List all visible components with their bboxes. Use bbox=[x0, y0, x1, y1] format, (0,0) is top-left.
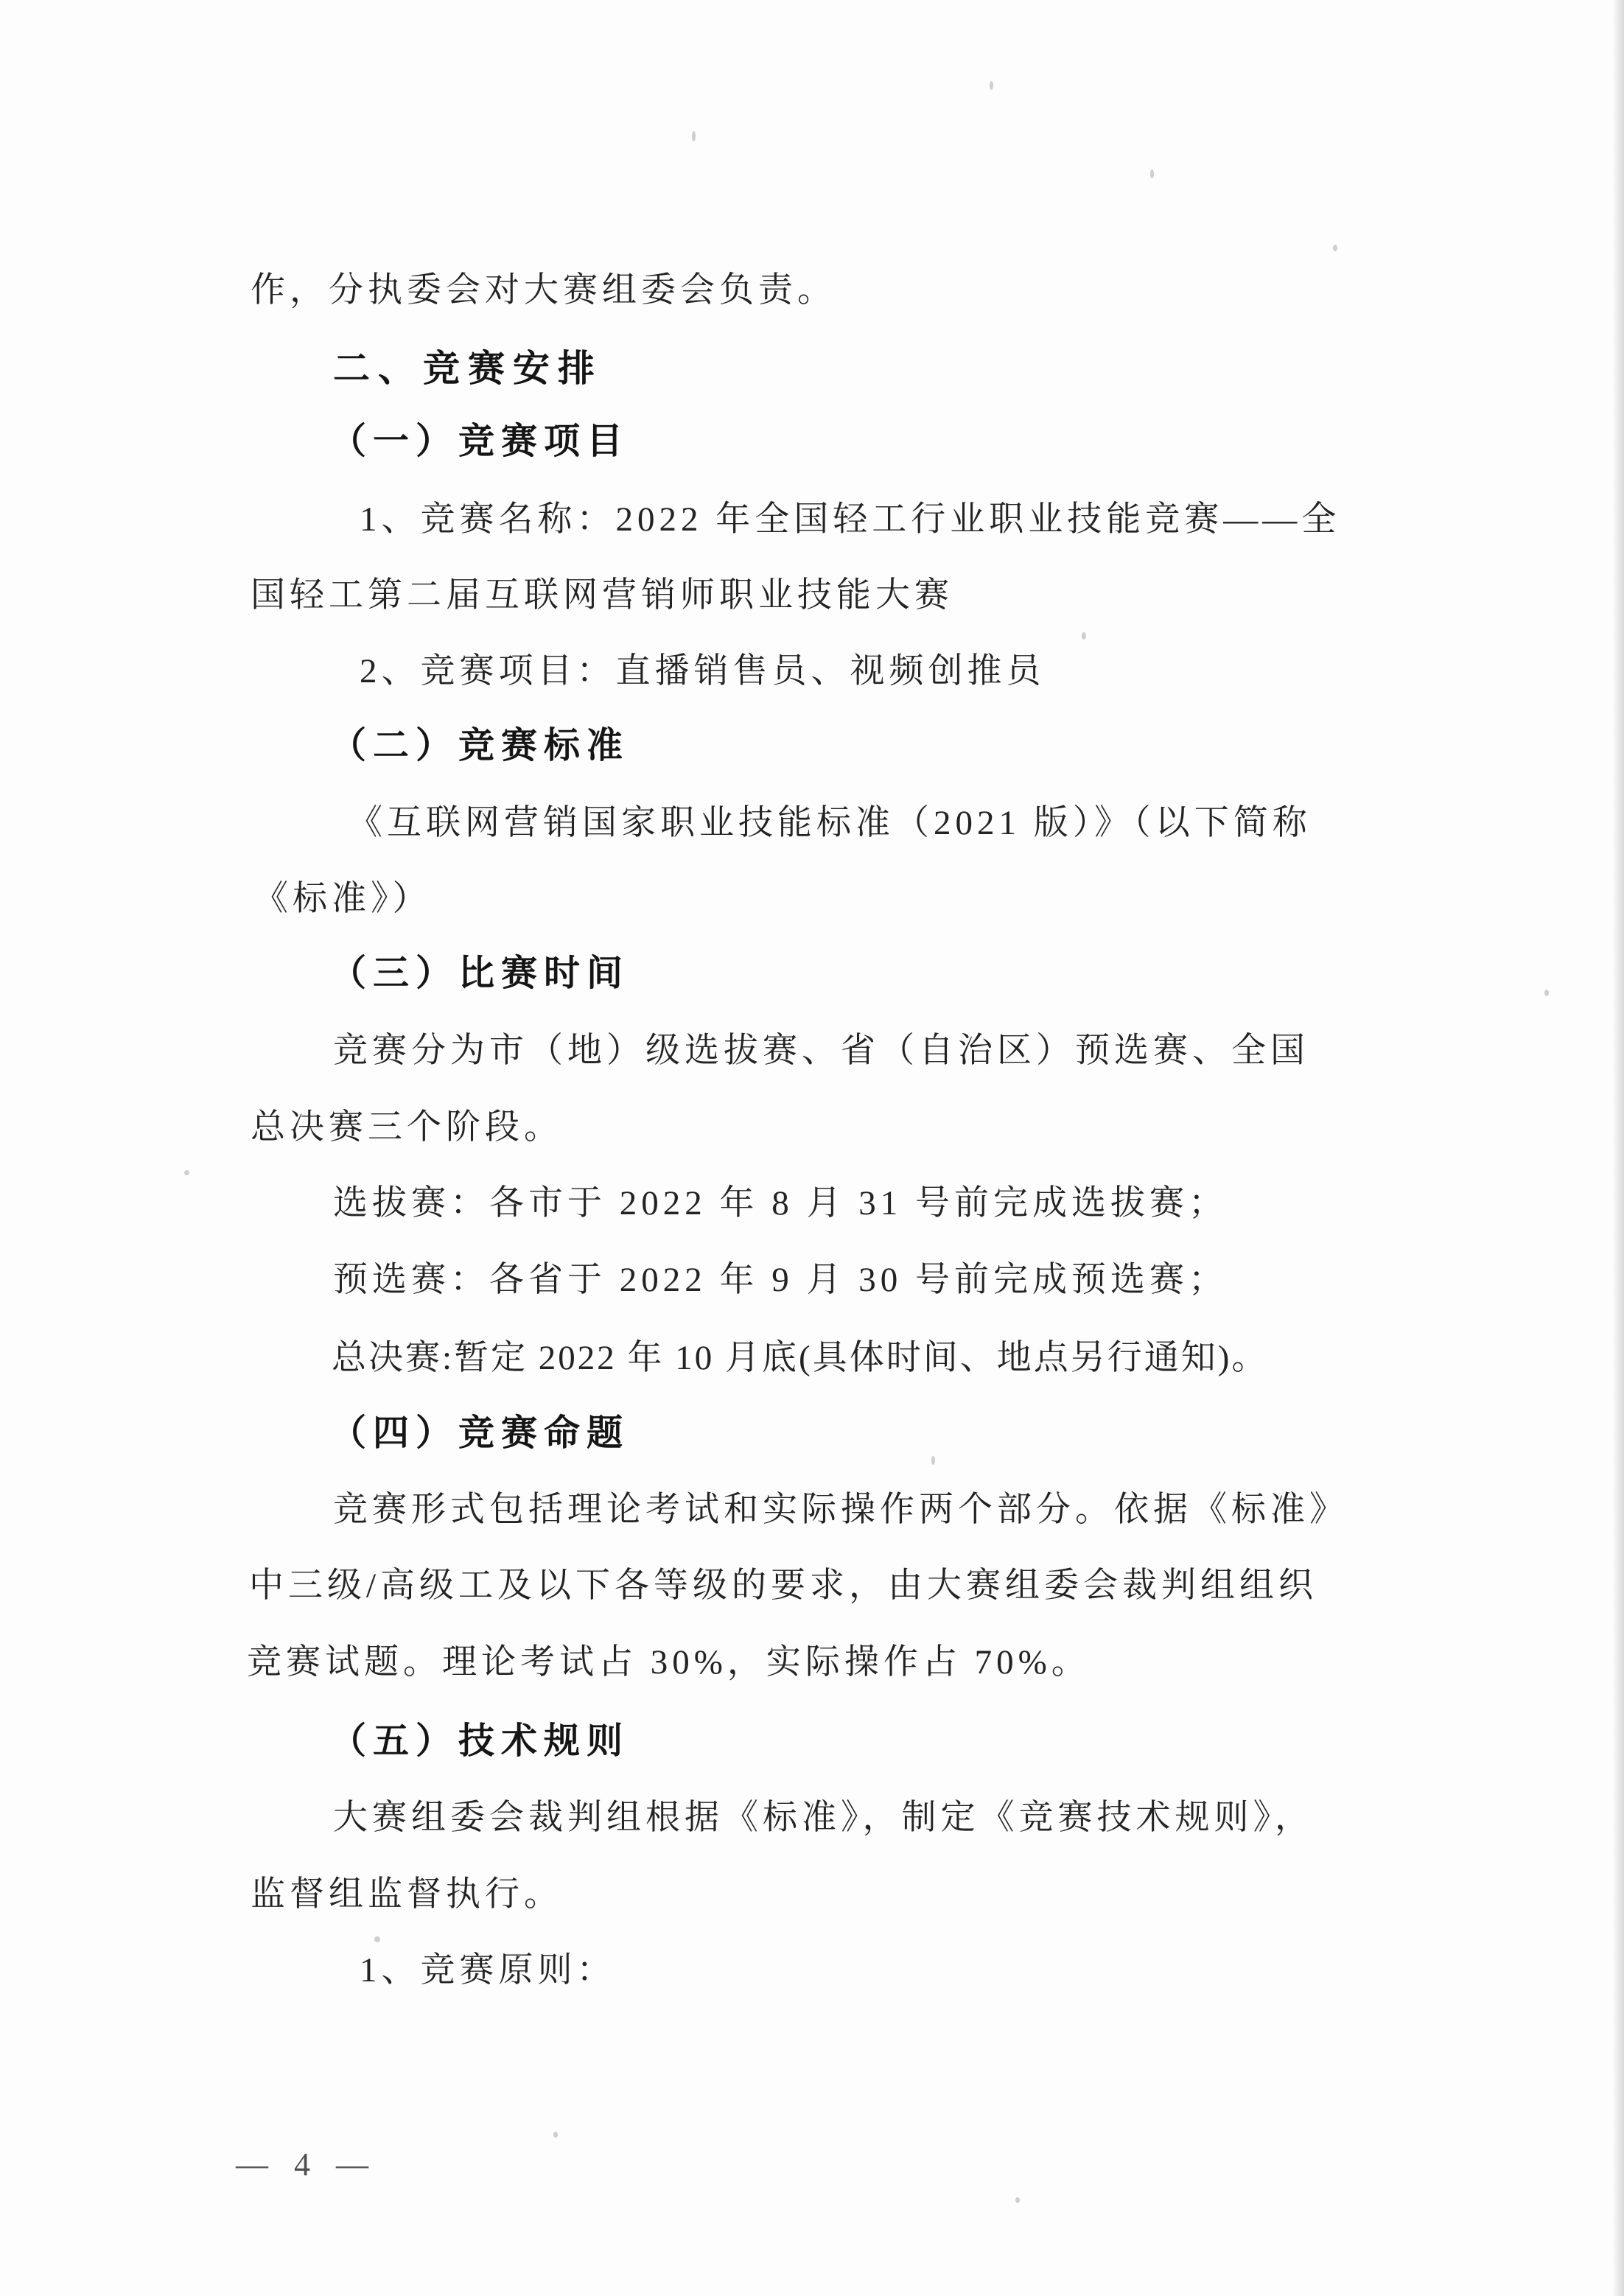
line-stages-part1: 竞赛分为市（地）级选拔赛、省（自治区）预选赛、全国 bbox=[333, 1032, 1309, 1071]
scan-speck bbox=[692, 131, 696, 141]
line-selection-round: 选拔赛：各市于 2022 年 8 月 31 号前完成选拔赛； bbox=[333, 1184, 1228, 1223]
subheading-2-competition-standard: （二）竞赛标准 bbox=[330, 726, 629, 766]
scan-speck bbox=[553, 2132, 558, 2138]
line-standard-part1: 《互联网营销国家职业技能标准（2021 版）》（以下简称 bbox=[348, 804, 1312, 843]
scan-speck bbox=[1150, 169, 1154, 178]
scan-speck bbox=[184, 1170, 189, 1175]
scanned-page: 作，分执委会对大赛组委会负责。 二、竞赛安排 （一）竞赛项目 1、竞赛名称：20… bbox=[0, 0, 1624, 2296]
line-technical-rules-part2: 监督组监督执行。 bbox=[251, 1875, 563, 1914]
subheading-4-question-setting: （四）竞赛命题 bbox=[330, 1413, 629, 1454]
scan-speck bbox=[1015, 2197, 1020, 2203]
line-technical-rules-part1: 大赛组委会裁判组根据《标准》，制定《竞赛技术规则》， bbox=[333, 1799, 1314, 1838]
scan-speck bbox=[1333, 245, 1337, 251]
scan-speck bbox=[374, 1936, 380, 1942]
scan-speck bbox=[1544, 990, 1549, 996]
scan-speck bbox=[1082, 632, 1086, 640]
subheading-3-competition-time: （三）比赛时间 bbox=[330, 953, 629, 994]
scan-speck bbox=[990, 81, 993, 90]
paragraph-committee-responsibility: 作，分执委会对大赛组委会负责。 bbox=[251, 271, 836, 310]
subheading-5-technical-rules: （五）技术规则 bbox=[330, 1721, 629, 1762]
line-competition-principles: 1、竞赛原则： bbox=[360, 1951, 616, 1990]
heading-section-2-competition-arrangement: 二、竞赛安排 bbox=[333, 348, 603, 389]
subheading-1-competition-items: （一）竞赛项目 bbox=[330, 421, 629, 462]
page-number: — 4 — bbox=[236, 2146, 377, 2183]
line-competition-name-part2: 国轻工第二届互联网营销师职业技能大赛 bbox=[251, 576, 953, 615]
scan-edge-shadow bbox=[1612, 0, 1624, 2296]
line-exam-format-part3: 竞赛试题。理论考试占 30%，实际操作占 70%。 bbox=[247, 1643, 1091, 1682]
line-competition-name-part1: 1、竞赛名称：2022 年全国轻工行业职业技能竞赛——全 bbox=[360, 500, 1340, 539]
line-exam-format-part1: 竞赛形式包括理论考试和实际操作两个部分。依据《标准》 bbox=[333, 1491, 1348, 1530]
line-preliminary-round: 预选赛：各省于 2022 年 9 月 30 号前完成预选赛； bbox=[333, 1261, 1228, 1300]
line-stages-part2: 总决赛三个阶段。 bbox=[251, 1108, 563, 1147]
scan-speck bbox=[931, 1456, 935, 1465]
line-standard-part2: 《标准》） bbox=[253, 880, 432, 919]
line-final-round: 总决赛:暂定 2022 年 10 月底(具体时间、地点另行通知)。 bbox=[332, 1339, 1268, 1378]
line-exam-format-part2: 中三级/高级工及以下各等级的要求，由大赛组委会裁判组组织 bbox=[249, 1567, 1317, 1606]
line-competition-events: 2、竞赛项目：直播销售员、视频创推员 bbox=[360, 652, 1046, 691]
